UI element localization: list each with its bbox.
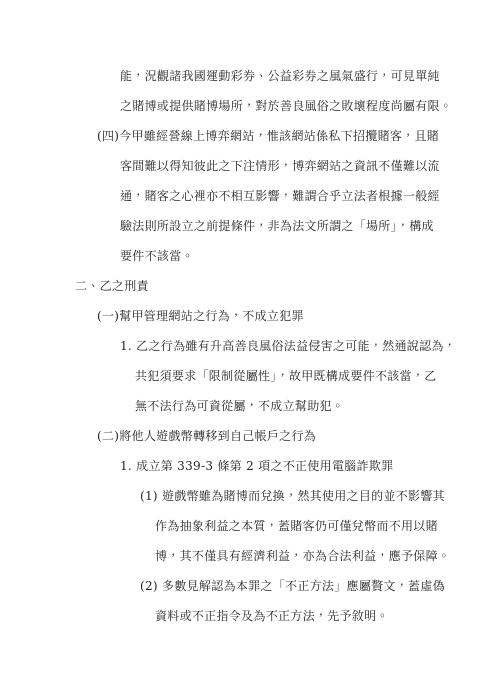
text-line: 博，其不僅具有經濟利益，亦為合法利益，應予保障。 [0, 541, 495, 571]
text-line: 資料或不正指令及為不正方法，先予敘明。 [0, 601, 495, 631]
text-line-item-4: (四)今甲雖經營線上博弈網站，惟該網站係私下招攬賭客，且賭 [0, 121, 495, 151]
text-line-sub-2: (2) 多數見解認為本罪之「不正方法」應屬贅文，蓋虛偽 [0, 571, 495, 601]
text-line: 能，況觀諸我國運動彩券、公益彩券之風氣盛行，可見單純 [0, 61, 495, 91]
text-line-item-1: (一)幫甲管理網站之行為，不成立犯罪 [0, 301, 495, 331]
text-line: 通，賭客之心裡亦不相互影響，難謂合乎立法者根據一般經 [0, 181, 495, 211]
text-line-sub-1: (1) 遊戲幣雖為賭博而兌換，然其使用之目的並不影響其 [0, 481, 495, 511]
text-line-item-2: (二)將他人遊戲幣轉移到自己帳戶之行為 [0, 421, 495, 451]
text-line: 要件不該當。 [0, 241, 495, 271]
document-text-block: 能，況觀諸我國運動彩券、公益彩券之風氣盛行，可見單純 之賭博或提供賭博場所，對於… [0, 61, 495, 631]
text-line: 作為抽象利益之本質，蓋賭客仍可僅兌幣而不用以賭 [0, 511, 495, 541]
text-line: 1. 成立第 339-3 條第 2 項之不正使用電腦詐欺罪 [0, 451, 495, 481]
text-line: 共犯須要求「限制從屬性」，故甲既構成要件不該當，乙 [0, 361, 495, 391]
section-heading-2: 二、乙之刑責 [0, 271, 495, 301]
text-line: 客間難以得知彼此之下注情形，博弈網站之資訊不僅難以流 [0, 151, 495, 181]
text-line: 之賭博或提供賭博場所，對於善良風俗之敗壞程度尚屬有限。 [0, 91, 495, 121]
text-line: 無不法行為可資從屬，不成立幫助犯。 [0, 391, 495, 421]
text-line: 1. 乙之行為雖有升高善良風俗法益侵害之可能，然通說認為， [0, 331, 495, 361]
document-page: 能，況觀諸我國運動彩券、公益彩券之風氣盛行，可見單純 之賭博或提供賭博場所，對於… [0, 0, 495, 700]
text-line: 驗法則所設立之前提條件，非為法文所謂之「場所」，構成 [0, 211, 495, 241]
